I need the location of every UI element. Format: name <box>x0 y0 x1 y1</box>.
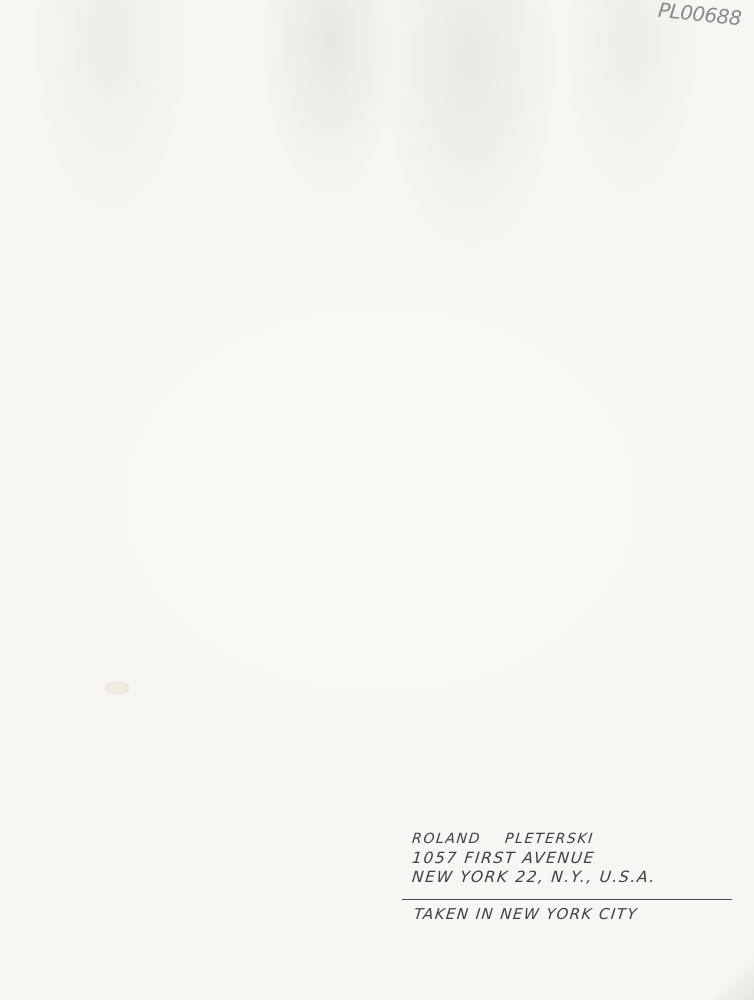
photographer-address-block: ROLAND PLETERSKI 1057 FIRST AVENUE NEW Y… <box>412 830 742 887</box>
handwritten-divider-line <box>402 899 732 900</box>
street-address: 1057 FIRST AVENUE <box>411 849 743 868</box>
photographer-name: ROLAND PLETERSKI <box>411 830 743 849</box>
location-caption: TAKEN IN NEW YORK CITY <box>413 905 639 923</box>
paper-stain <box>104 681 130 695</box>
photo-back-paper: PL00688 ROLAND PLETERSKI 1057 FIRST AVEN… <box>0 0 754 1000</box>
paper-corner-shadow <box>714 920 754 1000</box>
city-address: NEW YORK 22, N.Y., U.S.A. <box>411 868 743 887</box>
catalog-number: PL00688 <box>657 0 742 30</box>
